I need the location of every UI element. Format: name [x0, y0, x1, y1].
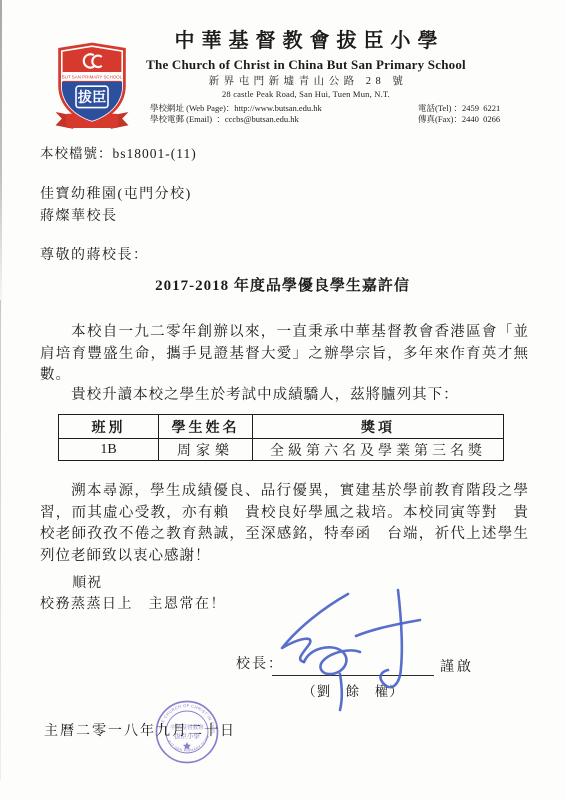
scan-edge-artifact [0, 0, 2, 320]
closing-wish: 校務蒸蒸日上 主恩常在！ [40, 593, 226, 613]
paragraph-3: 溯本尋源，學生成績優良、品行優異，實建基於學前教育階段之學習，而其虛心受教，亦有… [40, 481, 529, 567]
stamp-center-line1: 中華基督教會 [170, 723, 204, 731]
closing-wish-intro: 順祝 [40, 572, 102, 592]
school-name-english: The Church of Christ in China But San Pr… [100, 55, 512, 74]
school-webpage: 學校網址 (Web Page)：http://www.butsan.edu.hk [150, 103, 322, 114]
school-address-english: 28 castle Peak Road, San Hui, Tuen Mun, … [100, 89, 512, 100]
cell-award: 全級第六名及學業第三名獎 [253, 439, 504, 461]
stamp-star-icon [183, 742, 191, 750]
paragraph-2: 貴校升讀本校之學生於考試中成績驕人，茲將臚列其下： [40, 385, 529, 407]
school-name-chinese: 中華基督教會拔臣小學 [100, 27, 512, 55]
school-stamp: THE CHURCH OF CHRIST IN CHINA BUT SAN PR… [154, 699, 220, 765]
scan-edge-artifact-lower [0, 300, 1, 780]
school-fax: 傳真(Fax)：2440 0266 [418, 114, 500, 125]
letter-subject: 2017-2018 年度品學優良學生嘉許信 [0, 274, 565, 295]
respectfully-label: 謹啟 [440, 656, 474, 676]
awards-table-row: 1B 周家樂 全級第六名及學業第三名獎 [59, 439, 504, 461]
school-address-chinese: 新界屯門新墟青山公路 28 號 [100, 74, 512, 89]
recipient-school: 佳寶幼稚園(屯門分校) [40, 183, 192, 203]
awards-table-header-row: 班別 學生姓名 獎項 [59, 415, 504, 439]
cell-student-name: 周家樂 [159, 439, 253, 461]
letter-page: BUT SAN PRIMARY SCHOOL 拔臣 中華基督教會拔臣小學 The… [0, 0, 565, 800]
header-class: 班別 [59, 415, 159, 439]
awards-table: 班別 學生姓名 獎項 1B 周家樂 全級第六名及學業第三名獎 [58, 414, 504, 461]
cell-class: 1B [59, 439, 159, 461]
reference-number: 本校檔號：bs18001-(11) [40, 142, 197, 162]
school-email: 學校電郵 (Email) ：cccbs@butsan.edu.hk [150, 114, 299, 125]
letterhead-text: 中華基督教會拔臣小學 The Church of Christ in China… [100, 27, 512, 100]
salutation: 尊敬的蔣校長： [40, 244, 149, 264]
recipient-principal: 蔣燦華校長 [40, 205, 118, 225]
stamp-center-line2: 拔臣小學 [174, 731, 200, 740]
header-award: 獎項 [253, 415, 504, 439]
paragraph-1: 本校自一九二零年創辦以來，一直秉承中華基督教會香港區會「並肩培育豐盛生命，攜手見… [40, 322, 529, 387]
header-student-name: 學生姓名 [159, 415, 253, 439]
principal-signature-ink [258, 586, 428, 714]
school-telephone: 電話(Tel) ：2459 6221 [418, 103, 500, 114]
